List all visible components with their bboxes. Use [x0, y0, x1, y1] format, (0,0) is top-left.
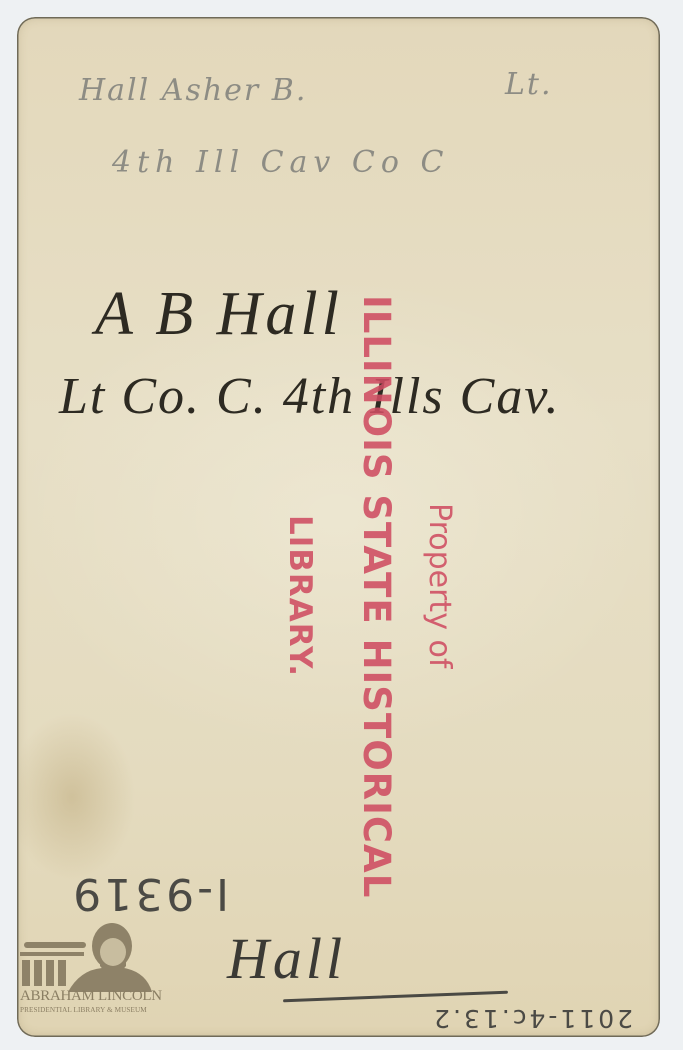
ink-signature-unit: Lt Co. C. 4th Ills Cav. [59, 367, 561, 426]
watermark-subtitle: PRESIDENTIAL LIBRARY & MUSEUM [20, 1006, 147, 1014]
catalog-number: I-9319 [70, 868, 229, 919]
stamp-main-line: ILLINOIS STATE HISTORICAL [355, 295, 398, 898]
pencil-surname: Hall [227, 925, 346, 992]
accession-number: 2011-4c.13.2 [431, 1004, 633, 1033]
surname-underline [283, 991, 508, 1003]
pencil-name-note: Hall Asher B. [79, 73, 307, 108]
ink-signature-name: A B Hall [95, 279, 343, 350]
photo-card-back: Hall Asher B. Lt. 4th Ill Cav Co C A B H… [17, 17, 660, 1037]
watermark-title: ABRAHAM LINCOLN [20, 988, 162, 1005]
lincoln-library-watermark: ABRAHAM LINCOLN PRESIDENTIAL LIBRARY & M… [20, 922, 152, 1022]
lincoln-portrait-icon [20, 922, 152, 992]
stamp-library-line: LIBRARY. [282, 515, 318, 677]
stamp-property-line: Property of [422, 503, 457, 668]
pencil-unit-note: 4th Ill Cav Co C [112, 145, 449, 180]
pencil-rank-note: Lt. [505, 67, 553, 102]
